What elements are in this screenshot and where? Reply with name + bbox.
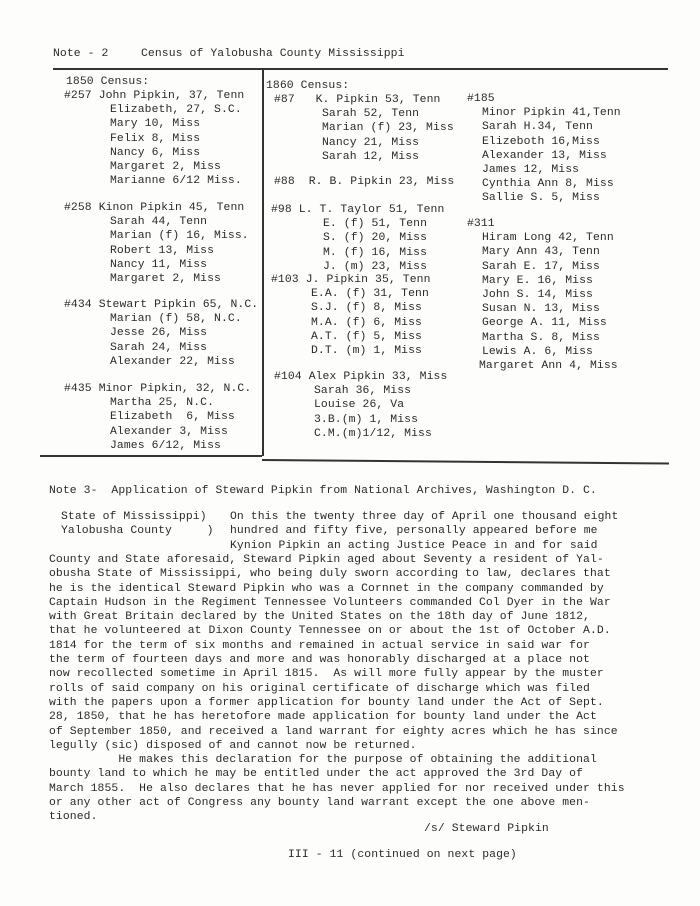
member: Robert 13, Miss [64, 244, 249, 258]
member: Mary 10, Miss [64, 117, 244, 131]
note3-heading: Note 3- Application of Steward Pipkin fr… [49, 484, 597, 498]
body-line: Kynion Pipkin an acting Justice Peace in… [230, 539, 598, 553]
page-footer: III - 11 (continued on next page) [288, 848, 517, 862]
member: Cynthia Ann 8, Miss [467, 177, 621, 191]
body-line: March 1855. He also declares that he has… [49, 782, 639, 796]
body-line: legully (sic) disposed of and cannot now… [49, 739, 639, 753]
member: M.A. (f) 6, Miss [271, 316, 431, 330]
venue-county: Yalobusha County ) [61, 524, 214, 538]
body-line: Captain Hudson in the Regiment Tennessee… [49, 596, 639, 610]
body-line: tioned. [49, 810, 639, 824]
household-435: #435 Minor Pipkin, 32, N.C. Martha 25, N… [64, 382, 251, 453]
household-number: #87 [274, 94, 295, 106]
table-bottom-rule-left [40, 455, 262, 457]
household-number: #185 [467, 92, 621, 106]
body-line: with the papers upon a former applicatio… [49, 696, 639, 710]
body-line: He makes this declaration for the purpos… [49, 753, 639, 767]
declaration-body: County and State aforesaid, Steward Pipk… [49, 553, 639, 825]
member: Louise 26, Va [274, 398, 447, 412]
member: S. (f) 20, Miss [271, 231, 444, 245]
household-head: Kinon Pipkin 45, Tenn [99, 202, 245, 214]
member: Felix 8, Miss [64, 132, 244, 146]
member: Martha 25, N.C. [64, 396, 251, 410]
column-divider [262, 70, 264, 456]
table-bottom-rule-right [262, 459, 669, 464]
member: Sarah E. 17, Miss [467, 260, 618, 274]
member: Martha S. 8, Miss [467, 331, 618, 345]
household-88: #88 R. B. Pipkin 23, Miss [274, 175, 454, 189]
household-311: #311 Hiram Long 42, Tenn Mary Ann 43, Te… [467, 217, 618, 373]
member: 3.B.(m) 1, Miss [274, 413, 447, 427]
household-head: Alex Pipkin 33, Miss [309, 371, 448, 383]
member: Sarah H.34, Tenn [467, 120, 621, 134]
member: Minor Pipkin 41,Tenn [467, 106, 621, 120]
household-head: J. Pipkin 35, Tenn [306, 274, 431, 286]
venue-state: State of Mississippi) [61, 510, 207, 524]
household-number: #435 [64, 383, 92, 395]
household-head: Stewart Pipkin 65, N.C. [99, 299, 259, 311]
member: Elizabeth, 27, S.C. [64, 103, 244, 117]
member: M. (f) 16, Miss [271, 246, 444, 260]
household-number: #257 [64, 90, 92, 102]
household-head: K. Pipkin 53, Tenn [316, 94, 441, 106]
household-number: #98 [271, 204, 292, 216]
member: Margaret 2, Miss [64, 160, 244, 174]
member: Nancy 21, Miss [274, 136, 454, 150]
member: Nancy 6, Miss [64, 146, 244, 160]
household-number: #311 [467, 217, 618, 231]
body-line: 28, 1850, that he has heretofore made ap… [49, 710, 639, 724]
member: Elizeboth 16,Miss [467, 135, 621, 149]
member: Sarah 52, Tenn [274, 107, 454, 121]
member: Margaret Ann 4, Miss [467, 359, 618, 373]
household-434: #434 Stewart Pipkin 65, N.C. Marian (f) … [64, 298, 258, 369]
member: Sarah 36, Miss [274, 384, 447, 398]
household-number: #434 [64, 299, 92, 311]
member: Sarah 24, Miss [64, 341, 258, 355]
body-line: On this the twenty three day of April on… [230, 510, 618, 524]
household-258: #258 Kinon Pipkin 45, Tenn Sarah 44, Ten… [64, 201, 249, 286]
member: A.T. (f) 5, Miss [271, 330, 431, 344]
body-line: he is the identical Steward Pipkin who w… [49, 582, 639, 596]
household-87: #87 K. Pipkin 53, Tenn Sarah 52, Tenn Ma… [274, 93, 454, 164]
household-head: R. B. Pipkin 23, Miss [309, 176, 455, 188]
member: J. (m) 23, Miss [271, 260, 444, 274]
body-line: or any other act of Congress any bounty … [49, 796, 639, 810]
member: Alexander 3, Miss [64, 425, 251, 439]
member: Marian (f) 16, Miss. [64, 229, 249, 243]
body-line: now recollected sometime in April 1815. … [49, 667, 639, 681]
household-number: #104 [274, 371, 302, 383]
table-top-rule [53, 68, 668, 70]
household-104: #104 Alex Pipkin 33, Miss Sarah 36, Miss… [274, 370, 447, 441]
member: E. (f) 51, Tenn [271, 217, 444, 231]
household-103: #103 J. Pipkin 35, Tenn E.A. (f) 31, Ten… [271, 273, 431, 358]
body-line: obusha State of Mississippi, who being d… [49, 567, 639, 581]
member: Mary E. 16, Miss [467, 274, 618, 288]
body-line: 1814 for the term of six months and rema… [49, 639, 639, 653]
member: George A. 11, Miss [467, 316, 618, 330]
member: James 6/12, Miss [64, 439, 251, 453]
household-257: #257 John Pipkin, 37, Tenn Elizabeth, 27… [64, 89, 244, 188]
member: Alexander 13, Miss [467, 149, 621, 163]
member: Marian (f) 23, Miss [274, 121, 454, 135]
body-line: hundred and fifty five, personally appea… [230, 524, 598, 538]
body-line: the term of fourteen days and more and w… [49, 653, 639, 667]
body-line: bounty land to which he may be entitled … [49, 767, 639, 781]
member: Alexander 22, Miss [64, 355, 258, 369]
member: Nancy 11, Miss [64, 258, 249, 272]
body-line: rolls of said company on his original ce… [49, 682, 639, 696]
household-head: John Pipkin, 37, Tenn [99, 90, 245, 102]
member: Margaret 2, Miss [64, 272, 249, 286]
member: John S. 14, Miss [467, 288, 618, 302]
household-head: L. T. Taylor 51, Tenn [299, 204, 445, 216]
member: James 12, Miss [467, 163, 621, 177]
member: D.T. (m) 1, Miss [271, 344, 431, 358]
body-line: that he volunteered at Dixon County Tenn… [49, 624, 639, 638]
member: Mary Ann 43, Tenn [467, 245, 618, 259]
census-1860-heading: 1860 Census: [266, 79, 349, 93]
household-number: #258 [64, 202, 92, 214]
body-line: County and State aforesaid, Steward Pipk… [49, 553, 639, 567]
member: Sarah 44, Tenn [64, 215, 249, 229]
member: Marianne 6/12 Miss. [64, 174, 244, 188]
member: Susan N. 13, Miss [467, 302, 618, 316]
household-number: #103 [271, 274, 299, 286]
household-98: #98 L. T. Taylor 51, Tenn E. (f) 51, Ten… [271, 203, 444, 274]
household-185: #185 Minor Pipkin 41,Tenn Sarah H.34, Te… [467, 92, 621, 206]
member: Elizabeth 6, Miss [64, 410, 251, 424]
member: Lewis A. 6, Miss [467, 345, 618, 359]
household-number: #88 [274, 176, 295, 188]
signature: /s/ Steward Pipkin [424, 822, 549, 836]
member: E.A. (f) 31, Tenn [271, 287, 431, 301]
member: Sarah 12, Miss [274, 150, 454, 164]
household-head: Minor Pipkin, 32, N.C. [99, 383, 252, 395]
member: Sallie S. 5, Miss [467, 191, 621, 205]
member: S.J. (f) 8, Miss [271, 301, 431, 315]
page-title: Census of Yalobusha County Mississippi [141, 47, 405, 61]
census-1850-heading: 1850 Census: [66, 75, 149, 89]
member: Hiram Long 42, Tenn [467, 231, 618, 245]
member: C.M.(m)1/12, Miss [274, 427, 447, 441]
member: Jesse 26, Miss [64, 326, 258, 340]
body-line: of September 1850, and received a land w… [49, 725, 639, 739]
member: Marian (f) 58, N.C. [64, 312, 258, 326]
body-line: with Great Britain declared by the Unite… [49, 610, 639, 624]
note-label: Note - 2 [53, 47, 108, 61]
